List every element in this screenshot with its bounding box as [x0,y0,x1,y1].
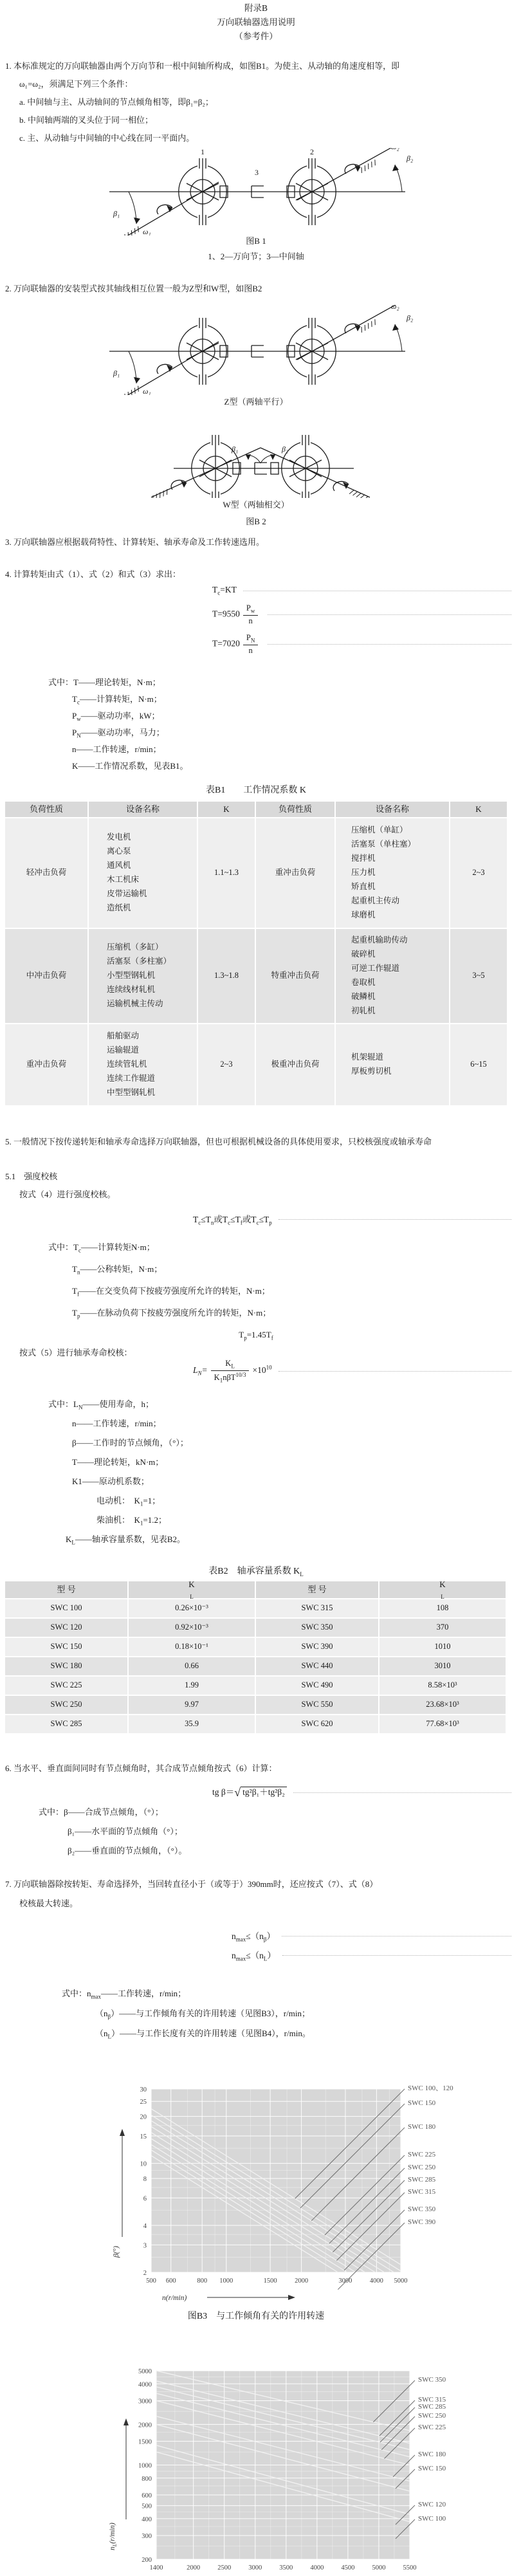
formula-8-body: nmax≤（nL） [232,1948,276,1962]
svg-text:3000: 3000 [248,2564,262,2571]
svg-text:3: 3 [143,2242,147,2249]
table-cell: 0.66 [129,1657,255,1675]
table-header-cell: 设备名称 [336,802,449,817]
table-cell: SWC 285 [5,1715,127,1733]
table-cell: 1.1~1.3 [198,818,255,928]
definition-line: β₂——垂直面的节点倾角，（°）。 [68,1845,187,1857]
svg-text:500: 500 [146,2277,156,2285]
definition-line: K——工作情况系数，见表B1。 [72,760,188,772]
svg-text:800: 800 [197,2277,207,2285]
reference-subtitle: （参考件） [0,31,512,42]
svg-text:5000: 5000 [372,2564,385,2571]
para1-line2: ω₁=ω₂，须满足下列三个条件： [19,78,133,90]
formula-3-body: T=7020PNn [212,633,261,656]
formula-leader [268,614,512,615]
svg-text:1500: 1500 [138,2439,152,2446]
formula-4: Tc≤Tn或Tc≤Tf或Tc≤Tp （4） [0,1212,512,1226]
formula-leader [279,1219,512,1220]
para1-item-b: b. 中间轴两端的叉头位于同一相位； [19,115,153,126]
svg-text:2000: 2000 [138,2422,152,2429]
para5-1b: 按式（4）进行强度校核。 [19,1189,116,1201]
figure-b1-caption: 图B 1 [0,235,512,247]
appendix-title: 附录B [0,3,512,14]
svg-text:4000: 4000 [310,2564,324,2571]
svg-text:SWC 225: SWC 225 [408,2151,436,2158]
table-cell: 1010 [379,1638,506,1656]
formula-3: T=7020PNn （3） [0,633,512,656]
table-cell: SWC 120 [5,1619,127,1637]
svg-text:400: 400 [142,2516,152,2523]
table-cell: 6~15 [450,1024,507,1105]
svg-text:β₁: β₁ [113,369,120,378]
table-cell: 发电机 离心泵 通风机 木工机床 皮带运输机 造纸机 [89,818,197,928]
table-cell: 压缩机（单缸） 活塞泵（单柱塞） 搅拌机 压力机 矫直机 起重机主传动 球磨机 [336,818,449,928]
table-cell: 船舶驱动 运输辊道 连续管轧机 连续工作辊道 中型型钢轧机 [89,1024,197,1105]
table-cell: 108 [379,1599,506,1617]
definition-line: KL——轴承容量系数，见表B2。 [66,1534,185,1547]
svg-text:β₁: β₁ [231,445,238,454]
table-cell: 2~3 [450,818,507,928]
table-cell: SWC 315 [256,1599,378,1617]
svg-text:500: 500 [142,2503,152,2510]
formula-5: LN=KLK1nβT10/3×1010 （5） [0,1359,512,1383]
svg-text:ω₁: ω₁ [143,227,151,235]
svg-text:SWC 390: SWC 390 [408,2218,436,2226]
formula-leader [243,590,512,591]
figure-b2-z-type-diagram: β₁β₂ω₁ω₂ [84,305,431,395]
svg-text:SWC 180: SWC 180 [408,2123,436,2131]
table-cell: 轻冲击负荷 [5,818,87,928]
table-header-cell: 设备名称 [89,802,197,817]
svg-text:20: 20 [140,2114,147,2121]
para5: 5. 一般情况下按传递转矩和轴承寿命选择万向联轴器，但也可根据机械设备的具体使用… [5,1136,512,1148]
table-cell: 机架辊道 厚板剪切机 [336,1024,449,1105]
figure-b2-w-caption: W型（两轴相交） [0,499,512,511]
table-cell: SWC 440 [256,1657,378,1675]
svg-text:β₂: β₂ [406,154,413,163]
svg-text:ω₂: ω₂ [391,305,399,311]
formula-leader [282,1955,512,1956]
svg-text:SWC 285: SWC 285 [418,2403,446,2411]
para4: 4. 计算转矩由式（1）、式（2）和式（3）求出： [5,569,181,580]
figure-b2-z-caption: Z型（两轴平行） [0,396,512,408]
para7-line1: 7. 万向联轴器除按转矩、寿命选择外，当回转直径小于（或等于）390mm时，还应… [5,1879,378,1890]
table-header-cell: 型 号 [256,1581,378,1598]
figure-b1-legend: 1、2—万向节；3—中间轴 [0,251,512,262]
table-header-cell: 负荷性质 [5,802,87,817]
table-cell: 重冲击负荷 [256,818,334,928]
svg-text:β₁: β₁ [113,209,120,218]
svg-text:SWC 350: SWC 350 [418,2376,446,2384]
para1-item-c: c. 主、从动轴与中间轴的中心线在同一平面内。 [19,133,194,144]
svg-text:SWC 120: SWC 120 [418,2501,446,2508]
figure-b1-universal-joint-diagram: β₁β₂ω₁ω₂123 [84,148,431,235]
formula-2: T=9550Pwn （2） [0,603,512,626]
svg-text:1000: 1000 [138,2463,152,2470]
table-cell: SWC 490 [256,1677,378,1695]
svg-text:1000: 1000 [219,2277,233,2285]
definition-line: （nL）——与工作长度有关的许用转速（见图B4），r/min。 [95,2028,311,2041]
definition-line: K1——原动机系数； [72,1476,149,1487]
svg-text:2: 2 [310,148,314,156]
definition-line: 电动机： K1=1； [96,1495,160,1508]
svg-text:4: 4 [143,2223,147,2230]
svg-text:2500: 2500 [217,2564,231,2571]
svg-text:800: 800 [142,2476,152,2483]
table-cell: 3010 [379,1657,506,1675]
definition-line: Tp——在脉动负荷下按疲劳强度所允许的转矩，N·m； [72,1307,271,1320]
table-cell: SWC 150 [5,1638,127,1656]
formula-5-body: LN=KLK1nβT10/3×1010 [193,1359,272,1383]
svg-text:600: 600 [166,2277,176,2285]
table-cell: 1.99 [129,1677,255,1695]
table-cell: 压缩机（多缸） 活塞泵（多柱塞） 小型型钢轧机 连续线材轧机 运输机械主传动 [89,929,197,1023]
table-cell: 370 [379,1619,506,1637]
formula-2-body: T=9550Pwn [212,603,261,626]
svg-text:SWC 100: SWC 100 [418,2515,446,2523]
svg-text:SWC 225: SWC 225 [418,2424,446,2431]
svg-text:2000: 2000 [295,2277,308,2285]
definition-line: 式中：Tc——计算转矩N·m； [48,1242,155,1255]
svg-text:SWC 250: SWC 250 [408,2164,436,2171]
svg-text:β₂: β₂ [406,313,413,322]
svg-text:SWC 150: SWC 150 [418,2465,446,2472]
formula-4-body: Tc≤Tn或Tc≤Tf或Tc≤Tp [193,1212,272,1226]
svg-text:β₂: β₂ [281,445,288,454]
table-header-cell: KL [129,1581,255,1598]
table-cell: 起重机输助传动 破碎机 可逆工作辊道 卷取机 破鳞机 初轧机 [336,929,449,1023]
table-cell: 3~5 [450,929,507,1023]
svg-text:2: 2 [143,2270,147,2277]
definition-line: Pw——驱动功率，kW； [72,710,160,723]
svg-text:1500: 1500 [264,2277,277,2285]
svg-text:SWC 250: SWC 250 [418,2412,446,2420]
formula-leader [268,643,512,645]
table-cell: 77.68×10³ [379,1715,506,1733]
table-cell: 中冲击负荷 [5,929,87,1023]
formula-tp: Tp=1.45Tf [0,1329,512,1342]
formula-7-body: nmax≤（nβ） [232,1929,275,1943]
definition-line: Tc——计算转矩，N·m； [72,694,162,706]
svg-text:SWC 285: SWC 285 [408,2176,436,2184]
svg-text:1: 1 [201,148,205,156]
svg-text:5500: 5500 [403,2564,417,2571]
table-cell: 0.92×10⁻³ [129,1619,255,1637]
table-cell: SWC 390 [256,1638,378,1656]
table-cell: 2~3 [198,1024,255,1105]
table-cell: SWC 250 [5,1696,127,1714]
formula-6-body: tg β＝√tg²β₁＋tg²β₂ [212,1785,287,1799]
para1-line1: 1. 本标准规定的万向联轴器由两个万向节和一根中间轴所构成，如图B1。为使主、从… [5,60,399,72]
svg-text:6: 6 [143,2195,147,2202]
svg-text:ω₂: ω₂ [391,148,399,151]
formula-leader [293,1792,512,1793]
svg-text:ω₁: ω₁ [143,387,151,395]
svg-text:3000: 3000 [138,2398,152,2405]
definition-line: 式中：β——合成节点倾角，（°）； [39,1807,163,1818]
document-page: 附录B 万向联轴器选用说明 （参考件） 1. 本标准规定的万向联轴器由两个万向节… [0,0,512,2576]
table-b1-title: 表B1 工作情况系数 K [0,785,512,797]
para7-line2: 校核最大转速。 [19,1898,78,1909]
table-cell: 0.26×10⁻³ [129,1599,255,1617]
svg-text:3: 3 [255,168,259,177]
definition-line: （nβ）——与工作倾角有关的许用转速（见图B3），r/min； [95,2008,310,2021]
svg-text:300: 300 [142,2533,152,2540]
svg-text:SWC 350: SWC 350 [408,2205,436,2213]
table-cell: 特重冲击负荷 [256,929,334,1023]
svg-text:n(r/min): n(r/min) [162,2294,187,2302]
formula-leader [279,1370,512,1372]
table-b1-working-condition-factor: 负荷性质设备名称K负荷性质设备名称K轻冲击负荷发电机 离心泵 通风机 木工机床 … [5,802,507,1105]
table-header-cell: KL [379,1581,506,1598]
para1-item-a: a. 中间轴与主、从动轴间的节点倾角相等，即β₁=β₂； [19,97,214,108]
table-cell: 9.97 [129,1696,255,1714]
svg-text:200: 200 [142,2557,152,2564]
svg-text:25: 25 [140,2099,147,2106]
definition-line: Tn——公称转矩，N·m； [72,1264,162,1276]
svg-text:2000: 2000 [187,2564,200,2571]
table-b2-bearing-capacity-factor: 型 号KL型 号KLSWC 1000.26×10⁻³SWC 315108SWC … [5,1581,506,1733]
chart-b3-caption: 图B3 与工作倾角有关的许用转速 [0,2311,512,2323]
svg-text:4000: 4000 [370,2277,383,2285]
table-cell: SWC 620 [256,1715,378,1733]
table-cell: 极重冲击负荷 [256,1024,334,1105]
svg-text:β(°): β(°) [113,2246,120,2258]
definition-line: β——工作时的节点倾角，（°）； [72,1437,188,1449]
definition-line: β₁——水平面的节点倾角（°）； [68,1826,183,1837]
table-header-cell: 型 号 [5,1581,127,1598]
svg-text:1400: 1400 [150,2564,163,2571]
formula-8: nmax≤（nL） （8） [0,1948,512,1962]
definition-line: 式中：LN——使用寿命，h； [48,1399,154,1412]
para2: 2. 万向联轴器的安装型式按其轴线相互位置一般为Z型和W型，如图B2 [5,283,262,295]
svg-text:15: 15 [140,2133,147,2140]
table-cell: 重冲击负荷 [5,1024,87,1105]
svg-text:SWC 315: SWC 315 [408,2188,436,2196]
figure-b2-caption: 图B 2 [0,516,512,528]
definition-line: n——工作转速，r/min； [72,1418,161,1430]
document-title: 万向联轴器选用说明 [0,17,512,28]
table-header-cell: K [198,802,255,817]
formula-1: Tc=KT （1） [0,584,512,596]
table-cell: SWC 180 [5,1657,127,1675]
definition-line: T——理论转矩，kN·m； [72,1457,163,1468]
table-header-cell: 负荷性质 [256,802,334,817]
svg-text:SWC 100、120: SWC 100、120 [408,2084,453,2092]
table-cell: 8.58×10³ [379,1677,506,1695]
svg-text:3500: 3500 [279,2564,293,2571]
para6: 6. 当水平、垂直面间同时有节点倾角时，其合成节点倾角按式（6）计算： [5,1763,277,1774]
table-b2-title: 表B2 轴承容量系数 KL [0,1566,512,1578]
definition-line: 式中：nmax——工作转速，r/min； [62,1988,186,2001]
para5-2: 按式（5）进行轴承寿命校核： [19,1347,133,1359]
formula-leader [282,1935,512,1937]
chart-b4-allowable-speed-vs-length: 1400200025003000350040004500500055002003… [0,2353,512,2576]
table-cell: 23.68×10³ [379,1696,506,1714]
table-cell: 35.9 [129,1715,255,1733]
table-header-cell: K [450,802,507,817]
definition-line: PN——驱动功率，马力； [72,727,165,740]
formula-1-body: Tc=KT [212,585,237,596]
formula-7: nmax≤（nβ） （7） [0,1929,512,1943]
chart-b3-allowable-speed-vs-angle: 5006008001000150020003000400050002346810… [0,2075,512,2306]
table-cell: 1.3~1.8 [198,929,255,1023]
formula-6: tg β＝√tg²β₁＋tg²β₂ （6） [0,1785,512,1799]
svg-text:nL(r/min): nL(r/min) [109,2523,118,2550]
svg-text:SWC 150: SWC 150 [408,2099,436,2107]
para3: 3. 万向联轴器应根据载荷特性、计算转矩、轴承寿命及工作转速选用。 [5,537,264,548]
svg-text:3000: 3000 [338,2277,352,2285]
svg-text:8: 8 [143,2176,147,2183]
svg-text:4000: 4000 [138,2381,152,2388]
table-cell: SWC 225 [5,1677,127,1695]
table-cell: SWC 350 [256,1619,378,1637]
definition-line: n——工作转速，r/min； [72,744,161,755]
svg-text:5000: 5000 [138,2368,152,2375]
table-cell: SWC 550 [256,1696,378,1714]
para5-1: 5.1 强度校核 [5,1171,57,1182]
definition-line: 式中：T——理论转矩，N·m； [48,677,161,688]
table-cell: SWC 100 [5,1599,127,1617]
svg-text:SWC 180: SWC 180 [418,2451,446,2458]
svg-text:5000: 5000 [394,2277,408,2285]
definition-line: 柴油机： K1=1.2； [96,1514,167,1527]
svg-text:600: 600 [142,2492,152,2499]
figure-b2-w-type-diagram: β₁β₂ω₁ω₂ [77,413,437,498]
svg-text:4500: 4500 [341,2564,354,2571]
definition-line: Tf——在交变负荷下按疲劳强度所允许的转矩，N·m； [72,1285,270,1298]
svg-text:10: 10 [140,2161,147,2168]
table-cell: 0.18×10⁻¹ [129,1638,255,1656]
svg-text:30: 30 [140,2086,147,2093]
